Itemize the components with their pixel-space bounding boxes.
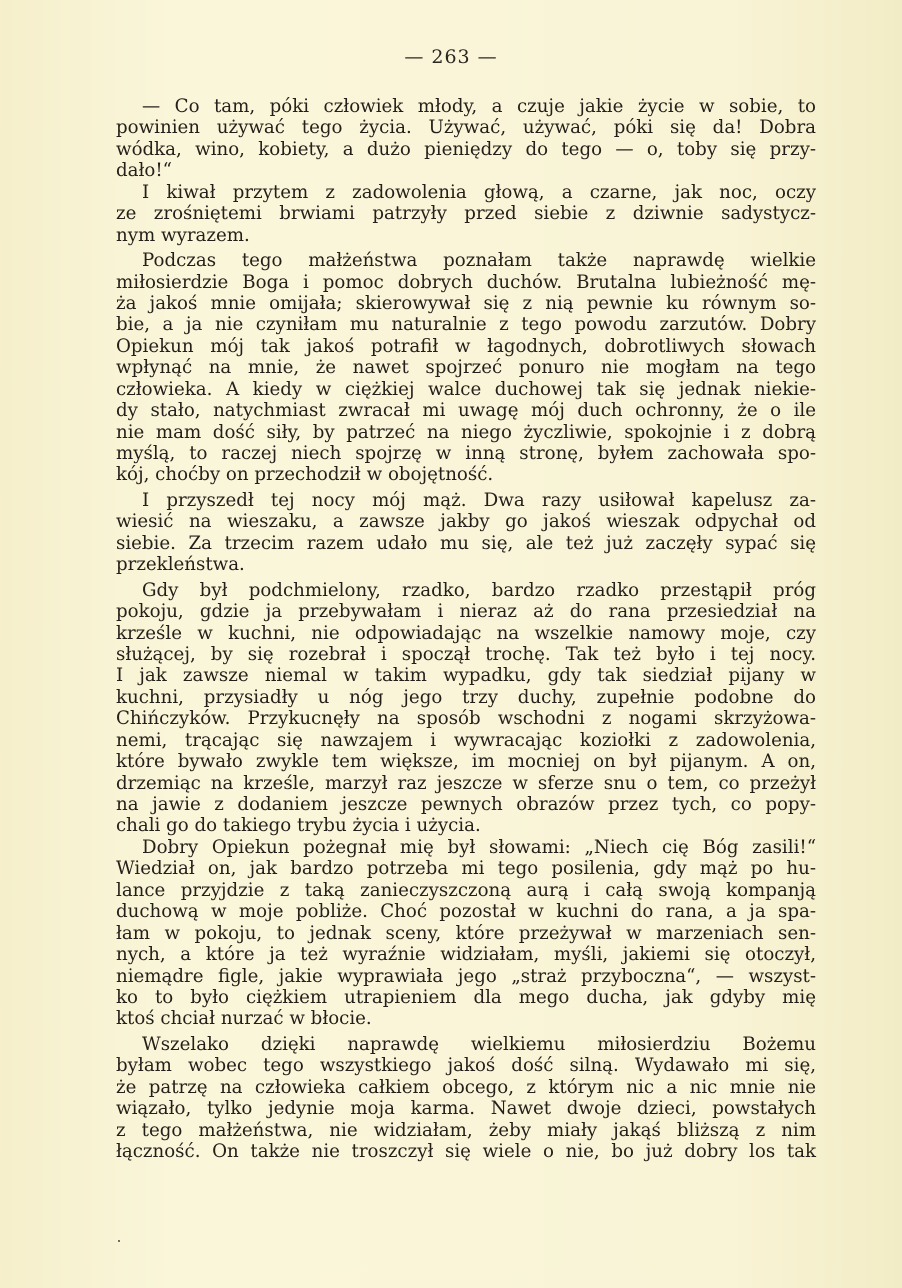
- book-page: — 263 — — Co tam, póki człowiek młody, a…: [0, 0, 902, 1288]
- paragraph: Dobry Opiekun pożegnał mię był słowami: …: [116, 837, 816, 1030]
- text-line: Podczas tego małżeństwa poznałam także n…: [116, 250, 816, 271]
- paragraph: Gdy był podchmielony, rzadko, bardzo rza…: [116, 580, 816, 837]
- paragraph: Wszelako dzięki naprawdę wielkiemu miłos…: [116, 1034, 816, 1163]
- text-line: na jawie z dodaniem jeszcze pewnych obra…: [116, 794, 816, 815]
- text-line: siebie. Za trzecim razem udało mu się, a…: [116, 533, 816, 554]
- text-line: bie, a ja nie czyniłam mu naturalnie z t…: [116, 314, 816, 335]
- text-line: przekleństwa.: [116, 554, 816, 575]
- text-line: Opiekun mój tak jakoś potrafił w łagodny…: [116, 336, 816, 357]
- text-line: Wiedział on, jak bardzo potrzeba mi tego…: [116, 858, 816, 879]
- text-line: kuchni, przysiadły u nóg jego trzy duchy…: [116, 687, 816, 708]
- text-line: nie mam dość siły, by patrzeć na niego ż…: [116, 422, 816, 443]
- text-line: krześle w kuchni, nie odpowiadając na ws…: [116, 623, 816, 644]
- text-line: I jak zawsze niemal w takim wypadku, gdy…: [116, 665, 816, 686]
- text-line: myślą, to raczej niech spojrzę w inną st…: [116, 443, 816, 464]
- text-line: I przyszedł tej nocy mój mąż. Dwa razy u…: [116, 490, 816, 511]
- text-line: wpłynąć na mnie, że nawet spojrzeć ponur…: [116, 357, 816, 378]
- text-line: z tego małżeństwa, nie widziałam, żeby m…: [116, 1120, 816, 1141]
- text-line: niemądre figle, jakie wyprawiała jego „s…: [116, 966, 816, 987]
- text-line: powinien używać tego życia. Używać, używ…: [116, 117, 816, 138]
- text-line: Wszelako dzięki naprawdę wielkiemu miłos…: [116, 1034, 816, 1055]
- paragraph: Podczas tego małżeństwa poznałam także n…: [116, 250, 816, 486]
- text-line: które bywało zwykle tem większe, im mocn…: [116, 751, 816, 772]
- text-line: ko to było ciężkiem utrapieniem dla mego…: [116, 987, 816, 1008]
- text-line: wódka, wino, kobiety, a dużo pieniędzy d…: [116, 139, 816, 160]
- text-line: dało!“: [116, 160, 816, 181]
- text-line: I kiwał przytem z zadowolenia głową, a c…: [116, 182, 816, 203]
- text-line: łączność. On także nie troszczył się wie…: [116, 1141, 816, 1162]
- text-line: Chińczyków. Przykucnęły na sposób wschod…: [116, 708, 816, 729]
- text-line: Gdy był podchmielony, rzadko, bardzo rza…: [116, 580, 816, 601]
- text-line: duchową w moje pobliże. Choć pozostał w …: [116, 901, 816, 922]
- text-line: że patrzę na człowieka całkiem obcego, z…: [116, 1077, 816, 1098]
- page-number: — 263 —: [0, 46, 902, 68]
- text-line: wiesić na wieszaku, a zawsze jakby go ja…: [116, 511, 816, 532]
- text-line: ża jakoś mnie omijała; skierowywał się z…: [116, 293, 816, 314]
- paragraph: — Co tam, póki człowiek młody, a czuje j…: [116, 96, 816, 182]
- text-line: drzemiąc na krześle, marzył raz jeszcze …: [116, 773, 816, 794]
- text-line: — Co tam, póki człowiek młody, a czuje j…: [116, 96, 816, 117]
- print-speck: [118, 1240, 120, 1242]
- text-line: człowieka. A kiedy w ciężkiej walce duch…: [116, 379, 816, 400]
- text-line: nym wyrazem.: [116, 225, 816, 246]
- text-line: kój, choćby on przechodził w obojętność.: [116, 464, 816, 485]
- text-line: ktoś chciał nurzać w błocie.: [116, 1008, 816, 1029]
- text-line: dy stało, natychmiast zwracał mi uwagę m…: [116, 400, 816, 421]
- paragraph: I kiwał przytem z zadowolenia głową, a c…: [116, 182, 816, 246]
- text-line: byłam wobec tego wszystkiego jakoś dość …: [116, 1055, 816, 1076]
- text-line: chali go do takiego trybu życia i użycia…: [116, 815, 816, 836]
- text-line: nych, a które ja też wyraźnie widziałam,…: [116, 944, 816, 965]
- text-line: wiązało, tylko jedynie moja karma. Nawet…: [116, 1098, 816, 1119]
- text-line: ze zrośniętemi brwiami patrzyły przed si…: [116, 203, 816, 224]
- text-line: Dobry Opiekun pożegnał mię był słowami: …: [116, 837, 816, 858]
- text-line: służącej, by się rozebrał i spoczął troc…: [116, 644, 816, 665]
- text-line: łam w pokoju, to jednak sceny, które prz…: [116, 923, 816, 944]
- body-text: — Co tam, póki człowiek młody, a czuje j…: [116, 96, 816, 1162]
- paragraph: I przyszedł tej nocy mój mąż. Dwa razy u…: [116, 490, 816, 576]
- text-line: lance przyjdzie z taką zanieczyszczoną a…: [116, 880, 816, 901]
- text-line: miłosierdzie Boga i pomoc dobrych duchów…: [116, 272, 816, 293]
- text-line: nemi, trącając się nawzajem i wywracając…: [116, 730, 816, 751]
- text-line: pokoju, gdzie ja przebywałam i nieraz aż…: [116, 601, 816, 622]
